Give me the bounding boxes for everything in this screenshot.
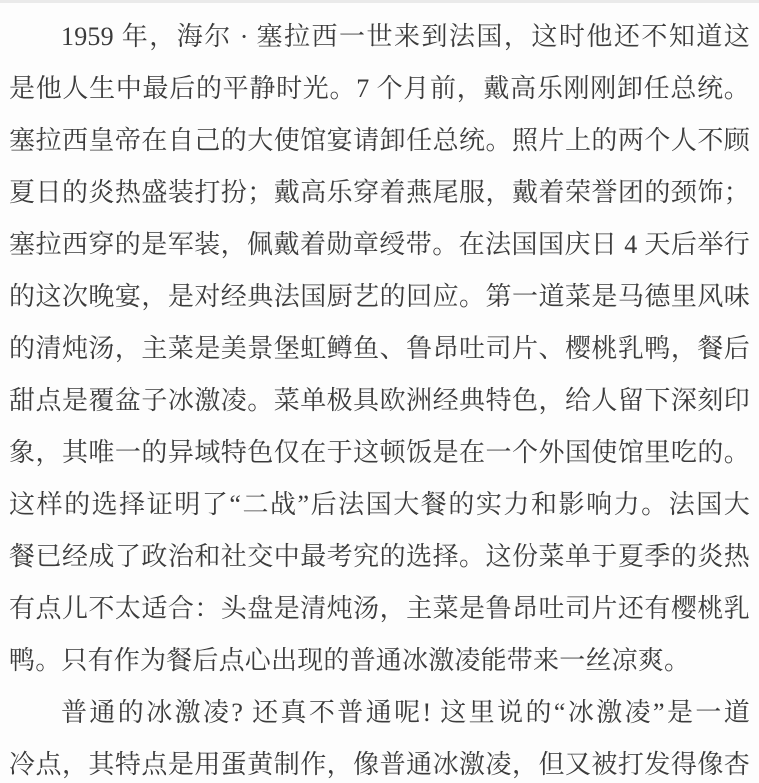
text-line: 这样的选择证明了“二战”后法国大餐的实力和影响力。法国大 — [9, 479, 750, 531]
document-page: 1959 年，海尔 · 塞拉西一世来到法国，这时他还不知道这是他人生中最后的平静… — [0, 3, 759, 783]
text-line: 1959 年，海尔 · 塞拉西一世来到法国，这时他还不知道这 — [9, 11, 750, 63]
text-line: 甜点是覆盆子冰激凌。菜单极具欧洲经典特色，给人留下深刻印 — [9, 375, 750, 427]
text-line: 塞拉西穿的是军装，佩戴着勋章绶带。在法国国庆日 4 天后举行 — [9, 219, 750, 271]
text-line: 象，其唯一的异域特色仅在于这顿饭是在一个外国使馆里吃的。 — [9, 427, 750, 479]
text-line: 塞拉西皇帝在自己的大使馆宴请卸任总统。照片上的两个人不顾 — [9, 115, 750, 167]
body-text: 1959 年，海尔 · 塞拉西一世来到法国，这时他还不知道这是他人生中最后的平静… — [9, 11, 750, 783]
text-line: 冷点，其特点是用蛋黄制作，像普通冰激凌，但又被打发得像杏 — [9, 739, 750, 783]
text-line: 夏日的炎热盛装打扮；戴高乐穿着燕尾服，戴着荣誉团的颈饰； — [9, 167, 750, 219]
text-line: 的这次晚宴，是对经典法国厨艺的回应。第一道菜是马德里风味 — [9, 271, 750, 323]
text-line: 餐已经成了政治和社交中最考究的选择。这份菜单于夏季的炎热 — [9, 531, 750, 583]
text-line: 有点儿不太适合：头盘是清炖汤，主菜是鲁昂吐司片还有樱桃乳 — [9, 583, 750, 635]
text-line: 的清炖汤，主菜是美景堡虹鳟鱼、鲁昂吐司片、樱桃乳鸭，餐后 — [9, 323, 750, 375]
text-line: 鸭。只有作为餐后点心出现的普通冰激凌能带来一丝凉爽。 — [9, 635, 750, 687]
text-line: 普通的冰激凌? 还真不普通呢! 这里说的“冰激凌”是一道 — [9, 687, 750, 739]
text-line: 是他人生中最后的平静时光。7 个月前，戴高乐刚刚卸任总统。 — [9, 63, 750, 115]
